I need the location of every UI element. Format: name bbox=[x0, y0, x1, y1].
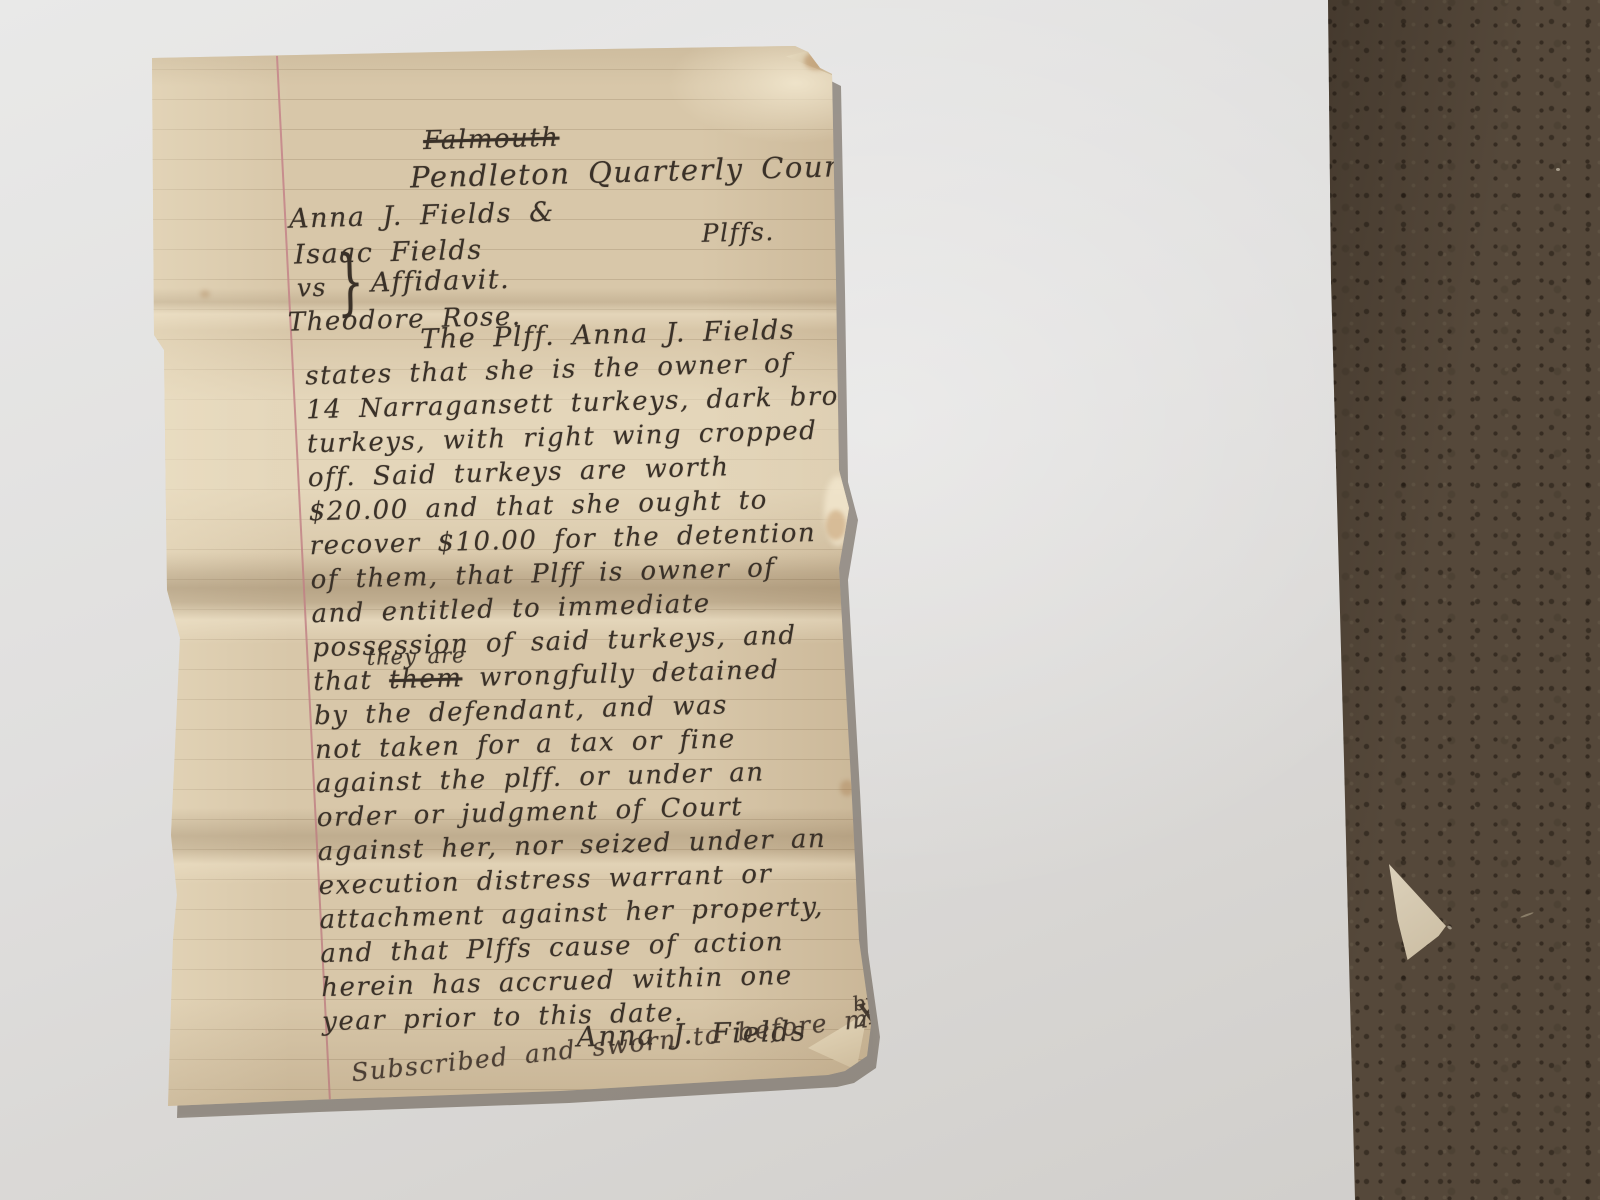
document-page: Falmouth Pendleton Quarterly Court Anna … bbox=[140, 40, 885, 1120]
handwriting-layer: Falmouth Pendleton Quarterly Court Anna … bbox=[138, 22, 911, 1121]
doc-title: Affidavit. bbox=[370, 264, 510, 299]
heading-crossed-out: Falmouth bbox=[423, 123, 560, 157]
caption-plaintiff-1: Anna J. Fields & bbox=[289, 197, 555, 235]
heading-court: Pendleton Quarterly Court bbox=[410, 149, 853, 195]
photo-frame: { "document": { "heading": { "crossed_ou… bbox=[0, 0, 1600, 1200]
plaintiffs-abbr: Plffs. bbox=[701, 217, 775, 248]
versus-label: vs bbox=[297, 273, 328, 303]
body-paragraph-a: states that she is the owner of 14 Narra… bbox=[305, 346, 897, 1041]
lint-speck bbox=[1556, 168, 1560, 171]
inserted-word: they are bbox=[366, 643, 466, 670]
amended-before: that bbox=[313, 665, 390, 697]
